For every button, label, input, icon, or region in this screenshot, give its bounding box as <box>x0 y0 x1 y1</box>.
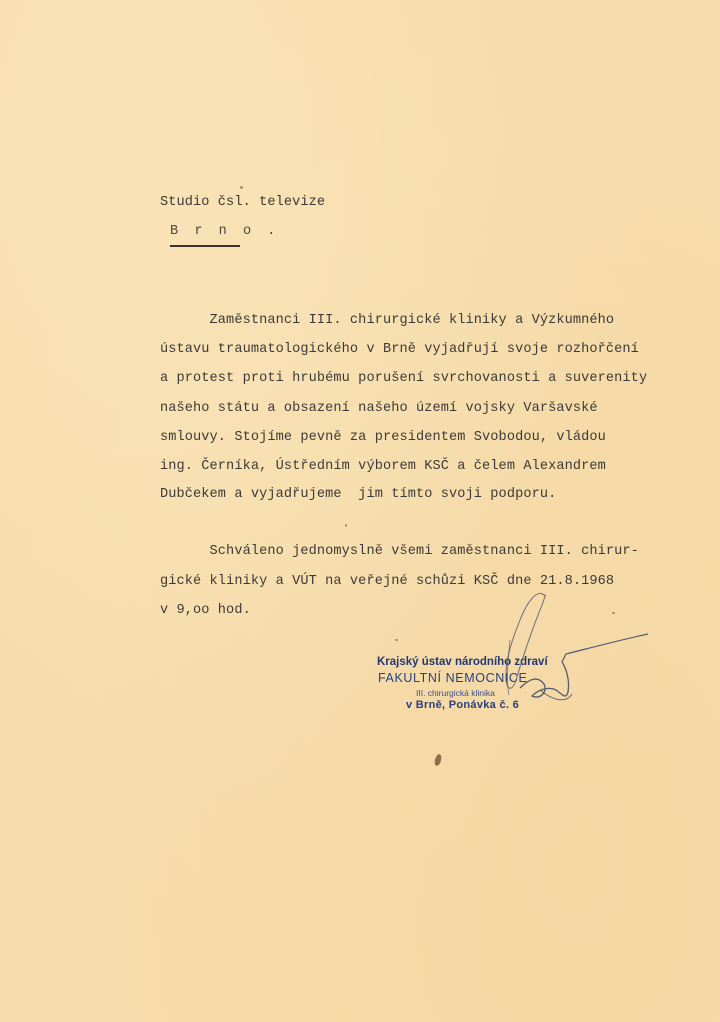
paper-speck <box>240 186 243 189</box>
paper-speck <box>345 524 347 527</box>
stamp-line-institute: Krajský ústav národního zdraví <box>377 657 548 669</box>
text-line: Dubčekem a vyjadřujeme jim tímto svoji p… <box>160 488 556 502</box>
handwritten-signature <box>0 0 720 1022</box>
city-underline <box>170 245 240 247</box>
paper-speck <box>395 639 398 641</box>
text-line: našeho státu a obsazení našeho území voj… <box>160 402 598 416</box>
addressee-city: B r n o . <box>170 225 279 239</box>
letter-page: Studio čsl. televize B r n o . Zaměstnan… <box>0 0 720 1022</box>
text-line: ústavu traumatologického v Brně vyjadřuj… <box>160 343 639 357</box>
text-line: gické kliniky a VÚT na veřejné schůzi KS… <box>160 575 614 589</box>
paper-speck <box>612 612 615 614</box>
text-line: smlouvy. Stojíme pevně za presidentem Sv… <box>160 431 606 445</box>
text-line: Schváleno jednomyslně všemi zaměstnanci … <box>160 545 639 559</box>
text-line: Zaměstnanci III. chirurgické kliniky a V… <box>160 314 614 328</box>
stamp-line-address: v Brně, Ponávka č. 6 <box>406 700 519 711</box>
stamp-line-clinic: III. chirurgická klinika <box>416 689 495 698</box>
addressee: Studio čsl. televize <box>160 196 325 210</box>
text-line: v 9,oo hod. <box>160 604 251 618</box>
stamp-line-hospital: FAKULTNÍ NEMOCNICE <box>378 672 527 685</box>
text-line: ing. Černíka, Ústředním výborem KSČ a če… <box>160 460 606 474</box>
text-line: a protest proti hrubému porušení svrchov… <box>160 372 647 386</box>
ink-spot <box>434 753 443 766</box>
